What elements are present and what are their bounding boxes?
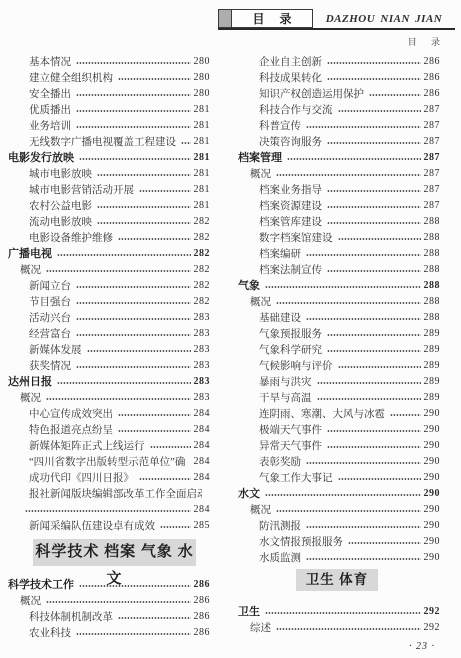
toc-entry-page: 284 [194, 440, 211, 451]
toc-entry-title: 优质播出 [29, 102, 71, 117]
dot-leader [276, 301, 421, 305]
toc-entry-page: 280 [194, 88, 211, 99]
dot-leader [287, 157, 421, 161]
toc-entry: 概况282 [8, 261, 210, 277]
toc-entry: 档案管理287 [238, 149, 440, 165]
toc-entry-page: 284 [194, 424, 211, 435]
toc-entry-page: 282 [194, 248, 211, 259]
toc-entry-title: 气象预报服务 [259, 326, 322, 341]
toc-entry-page: 292 [424, 622, 441, 633]
toc-entry: 达州日报283 [8, 373, 210, 389]
dot-leader [181, 141, 191, 145]
dot-leader [46, 269, 191, 273]
dot-leader [317, 397, 421, 401]
toc-entry-page: 287 [424, 136, 441, 147]
toc-entry: 城市电影放映281 [8, 165, 210, 181]
toc-entry: 水文情报预报服务290 [238, 533, 440, 549]
toc-entry: 中心宣传成效突出284 [8, 405, 210, 421]
toc-entry-page: 288 [424, 296, 441, 307]
toc-entry-page: 287 [424, 104, 441, 115]
toc-entry-page: 290 [424, 552, 441, 563]
dot-leader [79, 157, 191, 161]
toc-entry-page: 287 [424, 184, 441, 195]
toc-entry: 新闻采编队伍建设卓有成效285 [8, 517, 210, 533]
dot-leader [327, 77, 421, 81]
toc-entry-title: 科学技术工作 [8, 576, 74, 592]
toc-entry-page: 283 [194, 360, 211, 371]
toc-entry: 无线数字广播电视覆盖工程建设281 [8, 133, 210, 149]
toc-entry-page: 282 [194, 280, 211, 291]
toc-entry-title: 表彰奖励 [259, 454, 301, 469]
toc-entry-title: 档案法制宣传 [259, 262, 322, 277]
toc-entry: 农业科技286 [8, 624, 210, 640]
dot-leader [139, 477, 191, 481]
toc-entry: 活动兴台283 [8, 309, 210, 325]
toc-entry-page: 287 [424, 168, 441, 179]
toc-entry-title: 新媒体矩阵正式上线运行 [29, 438, 145, 453]
dot-leader [160, 525, 191, 529]
dot-leader [97, 221, 191, 225]
dot-leader [76, 285, 191, 289]
toc-entry-page: 281 [194, 152, 211, 163]
dot-leader [97, 205, 191, 209]
toc-entry-page: 290 [424, 520, 441, 531]
toc-entry-page: 283 [194, 376, 211, 387]
toc-entry: 极端天气事件290 [238, 421, 440, 437]
toc-entry: 新媒体发展283 [8, 341, 210, 357]
toc-entry: 决策咨询服务287 [238, 133, 440, 149]
toc-entry-title: 气象工作大事记 [259, 470, 333, 485]
toc-entry-page: 286 [194, 627, 211, 638]
toc-section-title: 卫生 体育 [296, 569, 378, 591]
dot-leader [76, 632, 191, 636]
toc-entry: 新闻立台282 [8, 277, 210, 293]
toc-entry-title: 新媒体发展 [29, 342, 82, 357]
toc-entry-title: 成功代印《四川日报》 [29, 470, 134, 485]
toc-entry-page: 280 [194, 56, 211, 67]
toc-entry-page: 289 [424, 360, 441, 371]
toc-entry-title: 卫生 [238, 603, 260, 619]
dot-leader [76, 125, 191, 129]
toc-entry: 报社新闻版块编辑部改革工作全面启动 [8, 485, 210, 501]
dot-leader [97, 173, 191, 177]
toc-entry-title: 决策咨询服务 [259, 134, 322, 149]
dot-leader [306, 125, 421, 129]
toc-entry-page: 292 [424, 606, 441, 617]
toc-entry-title: 气象科学研究 [259, 342, 322, 357]
toc-entry-title: 知识产权创造运用保护 [259, 86, 364, 101]
dot-leader [87, 349, 191, 353]
dot-leader [57, 253, 191, 257]
toc-entry: 档案管库建设288 [238, 213, 440, 229]
toc-entry: 电影设备维护维修282 [8, 229, 210, 245]
header-rule: 目 录 DAZHOU NIAN JIAN [218, 9, 455, 30]
dot-leader [57, 381, 191, 385]
toc-entry: 农村公益电影281 [8, 197, 210, 213]
toc-entry-title: 水质监测 [259, 550, 301, 565]
toc-entry-title: 新闻立台 [29, 278, 71, 293]
dot-leader [76, 301, 191, 305]
toc-section-title: 科学技术 档案 气象 水文 [33, 539, 196, 566]
toc-entry-page: 289 [424, 344, 441, 355]
toc-entry-page: 290 [424, 536, 441, 547]
toc-entry: 广播电视282 [8, 245, 210, 261]
dot-leader [139, 189, 191, 193]
toc-entry: 水质监测290 [238, 549, 440, 565]
dot-leader [369, 93, 421, 97]
toc-entry-page: 284 [194, 504, 211, 515]
toc-entry-page: 289 [424, 376, 441, 387]
toc-entry-title: 综述 [250, 620, 271, 635]
toc-entry-page: 284 [194, 408, 211, 419]
journal-title: DAZHOU NIAN JIAN [313, 13, 455, 28]
dot-leader [338, 365, 421, 369]
toc-entry-page: 281 [194, 136, 211, 147]
toc-entry-page: 282 [194, 296, 211, 307]
toc-entry-page: 290 [424, 440, 441, 451]
dot-leader [306, 253, 421, 257]
toc-entry-title: 节目强台 [29, 294, 71, 309]
toc-entry-title: 电影设备维护维修 [29, 230, 113, 245]
dot-leader [276, 509, 421, 513]
toc-entry-page: 287 [424, 200, 441, 211]
dot-leader [265, 493, 421, 497]
toc-entry-title: 水文情报预报服务 [259, 534, 343, 549]
dot-leader [118, 429, 191, 433]
toc-entry-title: 气象 [238, 277, 260, 293]
toc-entry-title: 档案资源建设 [259, 198, 322, 213]
toc-entry: 气象预报服务289 [238, 325, 440, 341]
toc-entry: 节目强台282 [8, 293, 210, 309]
toc-entry: 档案资源建设287 [238, 197, 440, 213]
toc-entry: 经营富台283 [8, 325, 210, 341]
toc-entry: 综述292 [238, 619, 440, 635]
toc-entry-title: 科技成果转化 [259, 70, 322, 85]
toc-entry: 档案业务指导287 [238, 181, 440, 197]
toc-entry: 城市电影营销活动开展281 [8, 181, 210, 197]
dot-leader [76, 109, 191, 113]
toc-entry: 知识产权创造运用保护286 [238, 85, 440, 101]
dot-leader [338, 237, 421, 241]
toc-entry-page: 287 [424, 152, 441, 163]
dot-leader [327, 141, 421, 145]
toc-entry: 科技体制机制改革286 [8, 608, 210, 624]
toc-entry-title: 经营富台 [29, 326, 71, 341]
toc-entry-title: 广播电视 [8, 245, 52, 261]
dot-leader [76, 365, 191, 369]
toc-entry-title: 防汛测报 [259, 518, 301, 533]
dot-leader [327, 445, 421, 449]
toc-entry: 概况286 [8, 592, 210, 608]
toc-entry-title: 概况 [20, 262, 41, 277]
dot-leader [265, 285, 421, 289]
dot-leader [327, 349, 421, 353]
toc-entry: 卫生292 [238, 603, 440, 619]
toc-column-right: 企业自主创新286科技成果转化286知识产权创造运用保护286科技合作与交流28… [238, 53, 440, 635]
toc-entry-page: 286 [424, 56, 441, 67]
toc-entry: 概况290 [238, 501, 440, 517]
toc-entry-title: 电影发行放映 [8, 149, 74, 165]
toc-entry-title: 中心宣传成效突出 [29, 406, 113, 421]
toc-entry-page: 283 [194, 344, 211, 355]
toc-entry-page: 282 [194, 216, 211, 227]
dot-leader [150, 445, 191, 449]
decorative-square [218, 9, 232, 28]
toc-entry: 档案编研288 [238, 245, 440, 261]
toc-entry-title: 概况 [250, 166, 271, 181]
dot-leader [79, 584, 191, 588]
dot-leader [338, 109, 421, 113]
toc-entry-page: 281 [194, 168, 211, 179]
toc-entry: 概况287 [238, 165, 440, 181]
toc-entry-title: 科普宣传 [259, 118, 301, 133]
toc-entry: 概况283 [8, 389, 210, 405]
toc-entry-title: 基本情况 [29, 54, 71, 69]
dot-leader [338, 477, 421, 481]
dot-leader [76, 61, 191, 65]
dot-leader [25, 509, 191, 513]
toc-entry-title: 水文 [238, 485, 260, 501]
toc-entry-page: 290 [424, 456, 441, 467]
scanned-toc-page: { "page": { "header": { "toc_box_label":… [0, 0, 461, 658]
toc-entry-title: 科技合作与交流 [259, 102, 333, 117]
dot-leader [306, 557, 421, 561]
toc-entry: 水文290 [238, 485, 440, 501]
toc-entry: 特色报道亮点纷呈284 [8, 421, 210, 437]
toc-entry-page: 286 [194, 611, 211, 622]
toc-entry: 异常天气事件290 [238, 437, 440, 453]
toc-entry: 科技合作与交流287 [238, 101, 440, 117]
dot-leader [76, 333, 191, 337]
toc-entry: 业务培训281 [8, 117, 210, 133]
dot-leader [276, 173, 421, 177]
toc-entry: 科普宣传287 [238, 117, 440, 133]
toc-entry-title: 档案业务指导 [259, 182, 322, 197]
dot-leader [327, 333, 421, 337]
toc-entry-title: 档案管库建设 [259, 214, 322, 229]
toc-entry: 基本情况280 [8, 53, 210, 69]
toc-entry: 暴雨与洪灾289 [238, 373, 440, 389]
toc-entry: 气象288 [238, 277, 440, 293]
toc-entry-page: 290 [424, 504, 441, 515]
toc-entry-title: 概况 [20, 593, 41, 608]
toc-entry: 气象科学研究289 [238, 341, 440, 357]
dot-leader [327, 61, 421, 65]
toc-entry: 284 [8, 501, 210, 517]
dot-leader [46, 397, 191, 401]
toc-entry-title: “四川省数字出版转型示范单位”确定 [29, 454, 186, 469]
toc-entry-page: 283 [194, 312, 211, 323]
toc-entry-page: 288 [424, 232, 441, 243]
dot-leader [118, 237, 191, 241]
toc-entry-title: 流动电影放映 [29, 214, 92, 229]
toc-entry-page: 282 [194, 264, 211, 275]
dot-leader [327, 205, 421, 209]
page-number: · 23 · [409, 641, 435, 652]
toc-entry-title: 安全播出 [29, 86, 71, 101]
toc-entry-page: 284 [194, 472, 211, 483]
toc-entry-page: 286 [424, 88, 441, 99]
dot-leader [306, 525, 421, 529]
toc-entry-title: 达州日报 [8, 373, 52, 389]
toc-entry-page: 287 [424, 120, 441, 131]
toc-title-box: 目 录 [232, 9, 313, 28]
toc-entry: 概况288 [238, 293, 440, 309]
toc-entry-title: 活动兴台 [29, 310, 71, 325]
toc-entry-title: 异常天气事件 [259, 438, 322, 453]
dot-leader [306, 317, 421, 321]
toc-entry: 数字档案馆建设288 [238, 229, 440, 245]
toc-entry: 流动电影放映282 [8, 213, 210, 229]
toc-entry-page: 286 [194, 579, 211, 590]
toc-entry-title: 科技体制机制改革 [29, 609, 113, 624]
toc-entry: 气候影响与评价289 [238, 357, 440, 373]
running-head: 目 录 [218, 35, 455, 48]
toc-entry: 获奖情况283 [8, 357, 210, 373]
toc-entry-title: 连阴雨、寒潮、大风与冰雹 [259, 406, 385, 421]
toc-entry: 连阴雨、寒潮、大风与冰雹290 [238, 405, 440, 421]
toc-entry-page: 290 [424, 424, 441, 435]
dot-leader [118, 77, 191, 81]
dot-leader [327, 189, 421, 193]
toc-entry: 建立健全组织机构280 [8, 69, 210, 85]
toc-entry-page: 285 [194, 520, 211, 531]
toc-entry: 电影发行放映281 [8, 149, 210, 165]
dot-leader [118, 413, 191, 417]
toc-entry-title: 概况 [250, 294, 271, 309]
toc-entry-title: 城市电影放映 [29, 166, 92, 181]
toc-entry-title: 数字档案馆建设 [259, 230, 333, 245]
dot-leader [390, 413, 421, 417]
toc-column-left: 基本情况280建立健全组织机构280安全播出280优质播出281业务培训281无… [8, 53, 210, 640]
dot-leader [76, 93, 191, 97]
toc-entry-title: 基础建设 [259, 310, 301, 325]
toc-entry: 档案法制宣传288 [238, 261, 440, 277]
toc-entry-page: 281 [194, 184, 211, 195]
toc-entry-page: 282 [194, 232, 211, 243]
toc-entry-title: 暴雨与洪灾 [259, 374, 312, 389]
page-header: 目 录 DAZHOU NIAN JIAN 目 录 [218, 9, 455, 48]
dot-leader [265, 611, 421, 615]
toc-entry-title: 业务培训 [29, 118, 71, 133]
toc-entry-title: 极端天气事件 [259, 422, 322, 437]
toc-entry-page: 281 [194, 120, 211, 131]
toc-entry-page: 281 [194, 200, 211, 211]
dot-leader [348, 541, 421, 545]
toc-entry-title: 企业自主创新 [259, 54, 322, 69]
toc-entry-title: 报社新闻版块编辑部改革工作全面启动 [29, 486, 202, 501]
toc-entry-page: 288 [424, 312, 441, 323]
toc-entry: 基础建设288 [238, 309, 440, 325]
toc-entry-page: 281 [194, 104, 211, 115]
toc-entry-page: 280 [194, 72, 211, 83]
dot-leader [317, 381, 421, 385]
toc-entry-page: 286 [424, 72, 441, 83]
toc-entry-page: 283 [194, 328, 211, 339]
toc-entry-page: 288 [424, 280, 441, 291]
toc-entry-title: 气候影响与评价 [259, 358, 333, 373]
toc-entry-title: 获奖情况 [29, 358, 71, 373]
toc-entry-title: 概况 [20, 390, 41, 405]
toc-entry-title: 概况 [250, 502, 271, 517]
dot-leader [276, 627, 421, 631]
toc-entry: 新媒体矩阵正式上线运行284 [8, 437, 210, 453]
toc-entry-page: 289 [424, 392, 441, 403]
dot-leader [327, 429, 421, 433]
toc-entry-title: 农业科技 [29, 625, 71, 640]
toc-entry-page: 284 [194, 456, 211, 467]
toc-entry-title: 档案管理 [238, 149, 282, 165]
toc-entry: “四川省数字出版转型示范单位”确定284 [8, 453, 210, 469]
toc-entry-page: 288 [424, 216, 441, 227]
toc-entry-page: 290 [424, 472, 441, 483]
dot-leader [118, 616, 191, 620]
toc-entry-title: 干旱与高温 [259, 390, 312, 405]
toc-entry: 防汛测报290 [238, 517, 440, 533]
toc-entry-page: 286 [194, 595, 211, 606]
toc-entry-page: 290 [424, 488, 441, 499]
toc-entry: 表彰奖励290 [238, 453, 440, 469]
toc-entry-title: 无线数字广播电视覆盖工程建设 [29, 134, 176, 149]
toc-entry-title: 建立健全组织机构 [29, 70, 113, 85]
toc-entry-page: 290 [424, 408, 441, 419]
toc-entry: 安全播出280 [8, 85, 210, 101]
toc-entry: 气象工作大事记290 [238, 469, 440, 485]
toc-entry-page: 283 [194, 392, 211, 403]
toc-entry-title: 新闻采编队伍建设卓有成效 [29, 518, 155, 533]
dot-leader [327, 269, 421, 273]
toc-entry-title: 城市电影营销活动开展 [29, 182, 134, 197]
toc-entry: 成功代印《四川日报》284 [8, 469, 210, 485]
toc-entry: 干旱与高温289 [238, 389, 440, 405]
toc-entry-title: 农村公益电影 [29, 198, 92, 213]
toc-entry-title: 档案编研 [259, 246, 301, 261]
dot-leader [76, 317, 191, 321]
toc-entry: 科技成果转化286 [238, 69, 440, 85]
toc-entry-page: 289 [424, 328, 441, 339]
toc-entry-page: 288 [424, 248, 441, 259]
toc-entry-title: 特色报道亮点纷呈 [29, 422, 113, 437]
dot-leader [46, 600, 191, 604]
dot-leader [327, 221, 421, 225]
toc-entry-page: 288 [424, 264, 441, 275]
toc-entry: 优质播出281 [8, 101, 210, 117]
toc-entry: 企业自主创新286 [238, 53, 440, 69]
dot-leader [306, 461, 421, 465]
